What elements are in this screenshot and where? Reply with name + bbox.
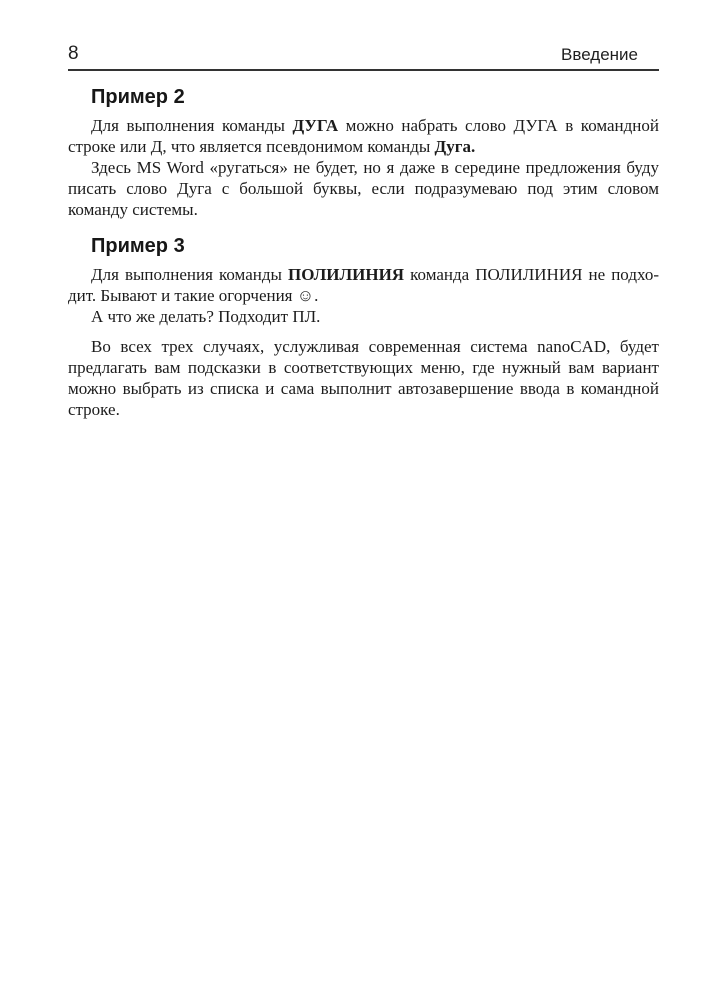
command-name-bold: ДУГА	[292, 116, 338, 135]
text-run: Для выполнения команды	[91, 265, 288, 284]
example-3-heading: Пример 3	[68, 235, 659, 257]
header-rule	[68, 69, 659, 71]
page-number: 8	[68, 44, 79, 63]
page-content: 8 Введение Пример 2 Для выполнения коман…	[0, 0, 727, 420]
example-2-paragraph-2: Здесь MS Word «ругаться» не будет, но я …	[68, 157, 659, 220]
command-name-bold: ПОЛИЛИНИЯ	[288, 265, 404, 284]
example-3-paragraph-1: Для выполнения команды ПОЛИЛИНИЯ команда…	[68, 264, 659, 306]
example-3-paragraph-2: А что же делать? Подходит ПЛ.	[68, 306, 659, 327]
example-2-paragraph-1: Для выполнения команды ДУГА можно набрат…	[68, 115, 659, 157]
text-run: Для выполнения команды	[91, 116, 292, 135]
command-name-bold: Дуга.	[435, 137, 476, 156]
running-head: 8 Введение	[68, 44, 659, 63]
section-title: Введение	[561, 46, 659, 63]
example-2-heading: Пример 2	[68, 86, 659, 108]
closing-paragraph: Во всех трех случаях, услужливая совреме…	[68, 336, 659, 420]
book-page: 8 Введение Пример 2 Для выполнения коман…	[0, 0, 727, 1000]
